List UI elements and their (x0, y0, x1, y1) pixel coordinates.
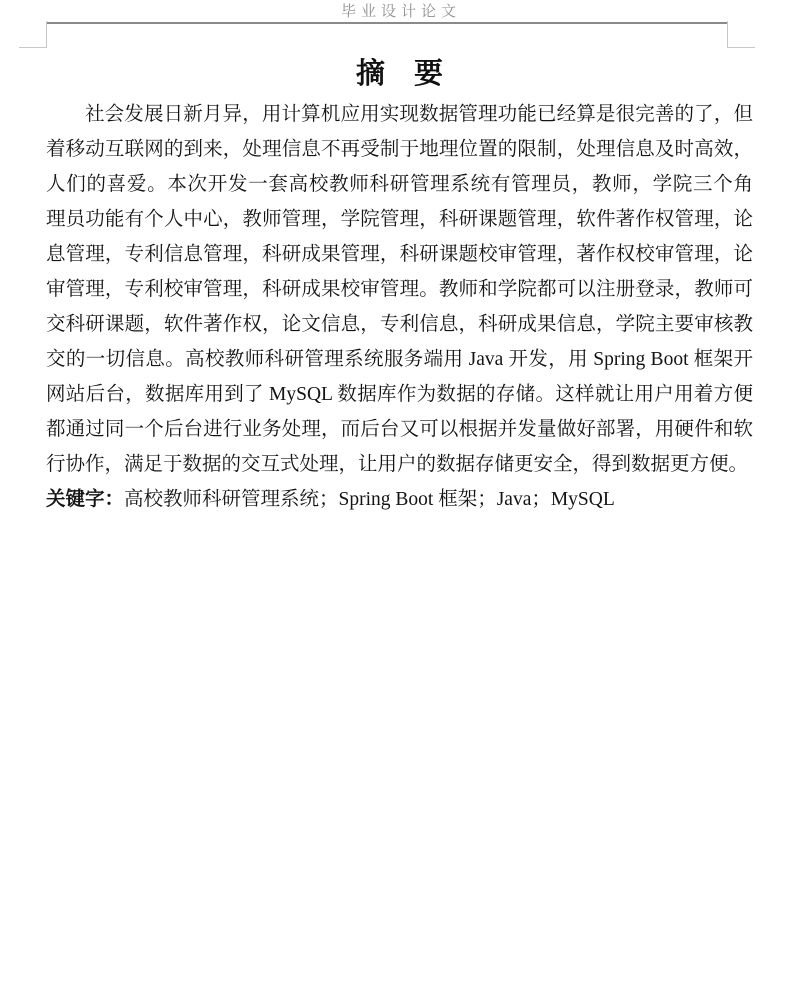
page-header-text: 毕业设计论文 (0, 4, 802, 21)
keywords-line: 关键字：高校教师科研管理系统；Spring Boot 框架；Java；MySQL (46, 482, 753, 517)
abstract-line: 审管理，专利校审管理，科研成果校审管理。教师和学院都可以注册登录，教师可以提 (46, 272, 753, 307)
abstract-line: 社会发展日新月异，用计算机应用实现数据管理功能已经算是很完善的了，但是随 (46, 97, 753, 132)
margin-crop-mark-left-horizontal (19, 47, 47, 48)
margin-crop-mark-right-vertical (727, 21, 728, 48)
keywords-text: 高校教师科研管理系统；Spring Boot 框架；Java；MySQL (124, 489, 615, 510)
abstract-line: 人们的喜爱。本次开发一套高校教师科研管理系统有管理员，教师，学院三个角色。管 (46, 167, 753, 202)
margin-crop-mark-right-horizontal (727, 47, 755, 48)
abstract-line: 都通过同一个后台进行业务处理，而后台又可以根据并发量做好部署，用硬件和软件进 (46, 412, 753, 447)
abstract-line: 息管理，专利信息管理，科研成果管理，科研课题校审管理，著作权校审管理，论文校 (46, 237, 753, 272)
abstract-body: 社会发展日新月异，用计算机应用实现数据管理功能已经算是很完善的了，但是随 着移动… (46, 97, 753, 517)
abstract-line: 交的一切信息。高校教师科研管理系统服务端用 Java 开发，用 Spring B… (46, 342, 753, 377)
document-page: 毕业设计论文 摘 要 社会发展日新月异，用计算机应用实现数据管理功能已经算是很完… (0, 0, 802, 1004)
abstract-line: 理员功能有个人中心，教师管理，学院管理，科研课题管理，软件著作权管理，论文信 (46, 202, 753, 237)
header-divider-line (46, 22, 727, 24)
margin-crop-mark-left-vertical (46, 21, 47, 48)
abstract-title: 摘 要 (46, 55, 753, 93)
keywords-label: 关键字： (46, 489, 124, 510)
abstract-line: 行协作，满足于数据的交互式处理，让用户的数据存储更安全，得到数据更方便。 (46, 447, 753, 482)
abstract-line: 交科研课题，软件著作权，论文信息，专利信息，科研成果信息，学院主要审核教师提 (46, 307, 753, 342)
abstract-line: 着移动互联网的到来，处理信息不再受制于地理位置的限制，处理信息及时高效，备受 (46, 132, 753, 167)
abstract-line: 网站后台，数据库用到了 MySQL 数据库作为数据的存储。这样就让用户用着方便快… (46, 377, 753, 412)
